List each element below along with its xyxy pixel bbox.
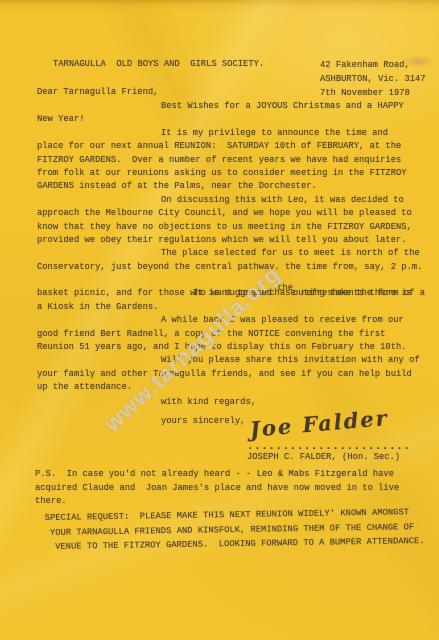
body-line: It is my privilege to announce the time … [37,127,437,140]
body-line-with-insertion: It is suggested theouting take the form … [37,274,437,287]
ps-line: P.S. In case you'd not already heard - -… [35,468,399,482]
postscript: P.S. In case you'd not already heard - -… [35,468,399,509]
paper-smudge [402,55,434,68]
signature-dotted-line: ....................... [247,443,410,451]
body-line: know that they have no objections to us … [37,221,437,234]
handwritten-signature: Joe Falder [249,405,390,442]
body-line: up the attendance. [37,381,437,394]
body-line: your family and other Tarnagulla friends… [37,368,437,381]
society-name: TARNAGULLA OLD BOYS AND GIRLS SOCIETY. [53,58,264,71]
body-line: New Year! [37,113,437,126]
address-line-city: ASHBURTON, Vic. 3147 [320,72,426,86]
body-line: Conservatory, just beyond the central pa… [37,261,437,274]
body-line: provided we obey their regulations which… [37,234,437,247]
body-line: from folk at our reunions asking us to c… [37,167,437,180]
body-line: GARDENS instead of at the Palms, near th… [37,180,437,193]
special-request: SPECIAL REQUEST: PLEASE MAKE THIS NEXT R… [45,505,425,554]
signature-typed-name: JOSEPH C. FALDER, (Hon. Sec.) [247,451,400,464]
body-line: place for our next annual REUNION: SATUR… [37,140,437,153]
letter-body: Best Wishes for a JOYOUS Christmas and a… [37,100,437,395]
body-line: FITZROY GARDENS. Over a number of recent… [37,154,437,167]
ps-line: acquired Claude and Joan James's place a… [35,482,399,496]
body-line: good friend Bert Radnell, a copy of the … [37,328,437,341]
body-line: On discussing this with Leo, it was deci… [37,194,437,207]
closing-sincerely: yours sincerely, [161,415,245,428]
closing-regards: with kind regards, [161,396,256,409]
body-line: approach the Melbourne City Council, and… [37,207,437,220]
body-line: The place selected for us to meet is nor… [37,247,437,260]
scanned-letter-page: www.tarnagulla.org TARNAGULLA OLD BOYS A… [0,0,439,640]
letter-date: 7th November 1978 [320,86,426,100]
body-line: Will you please share this invitation wi… [37,354,437,367]
body-line: Reunion 51 years ago, and I hope to disp… [37,341,437,354]
salutation: Dear Tarnagulla Friend, [37,86,158,99]
body-line: Best Wishes for a JOYOUS Christmas and a… [37,100,437,113]
